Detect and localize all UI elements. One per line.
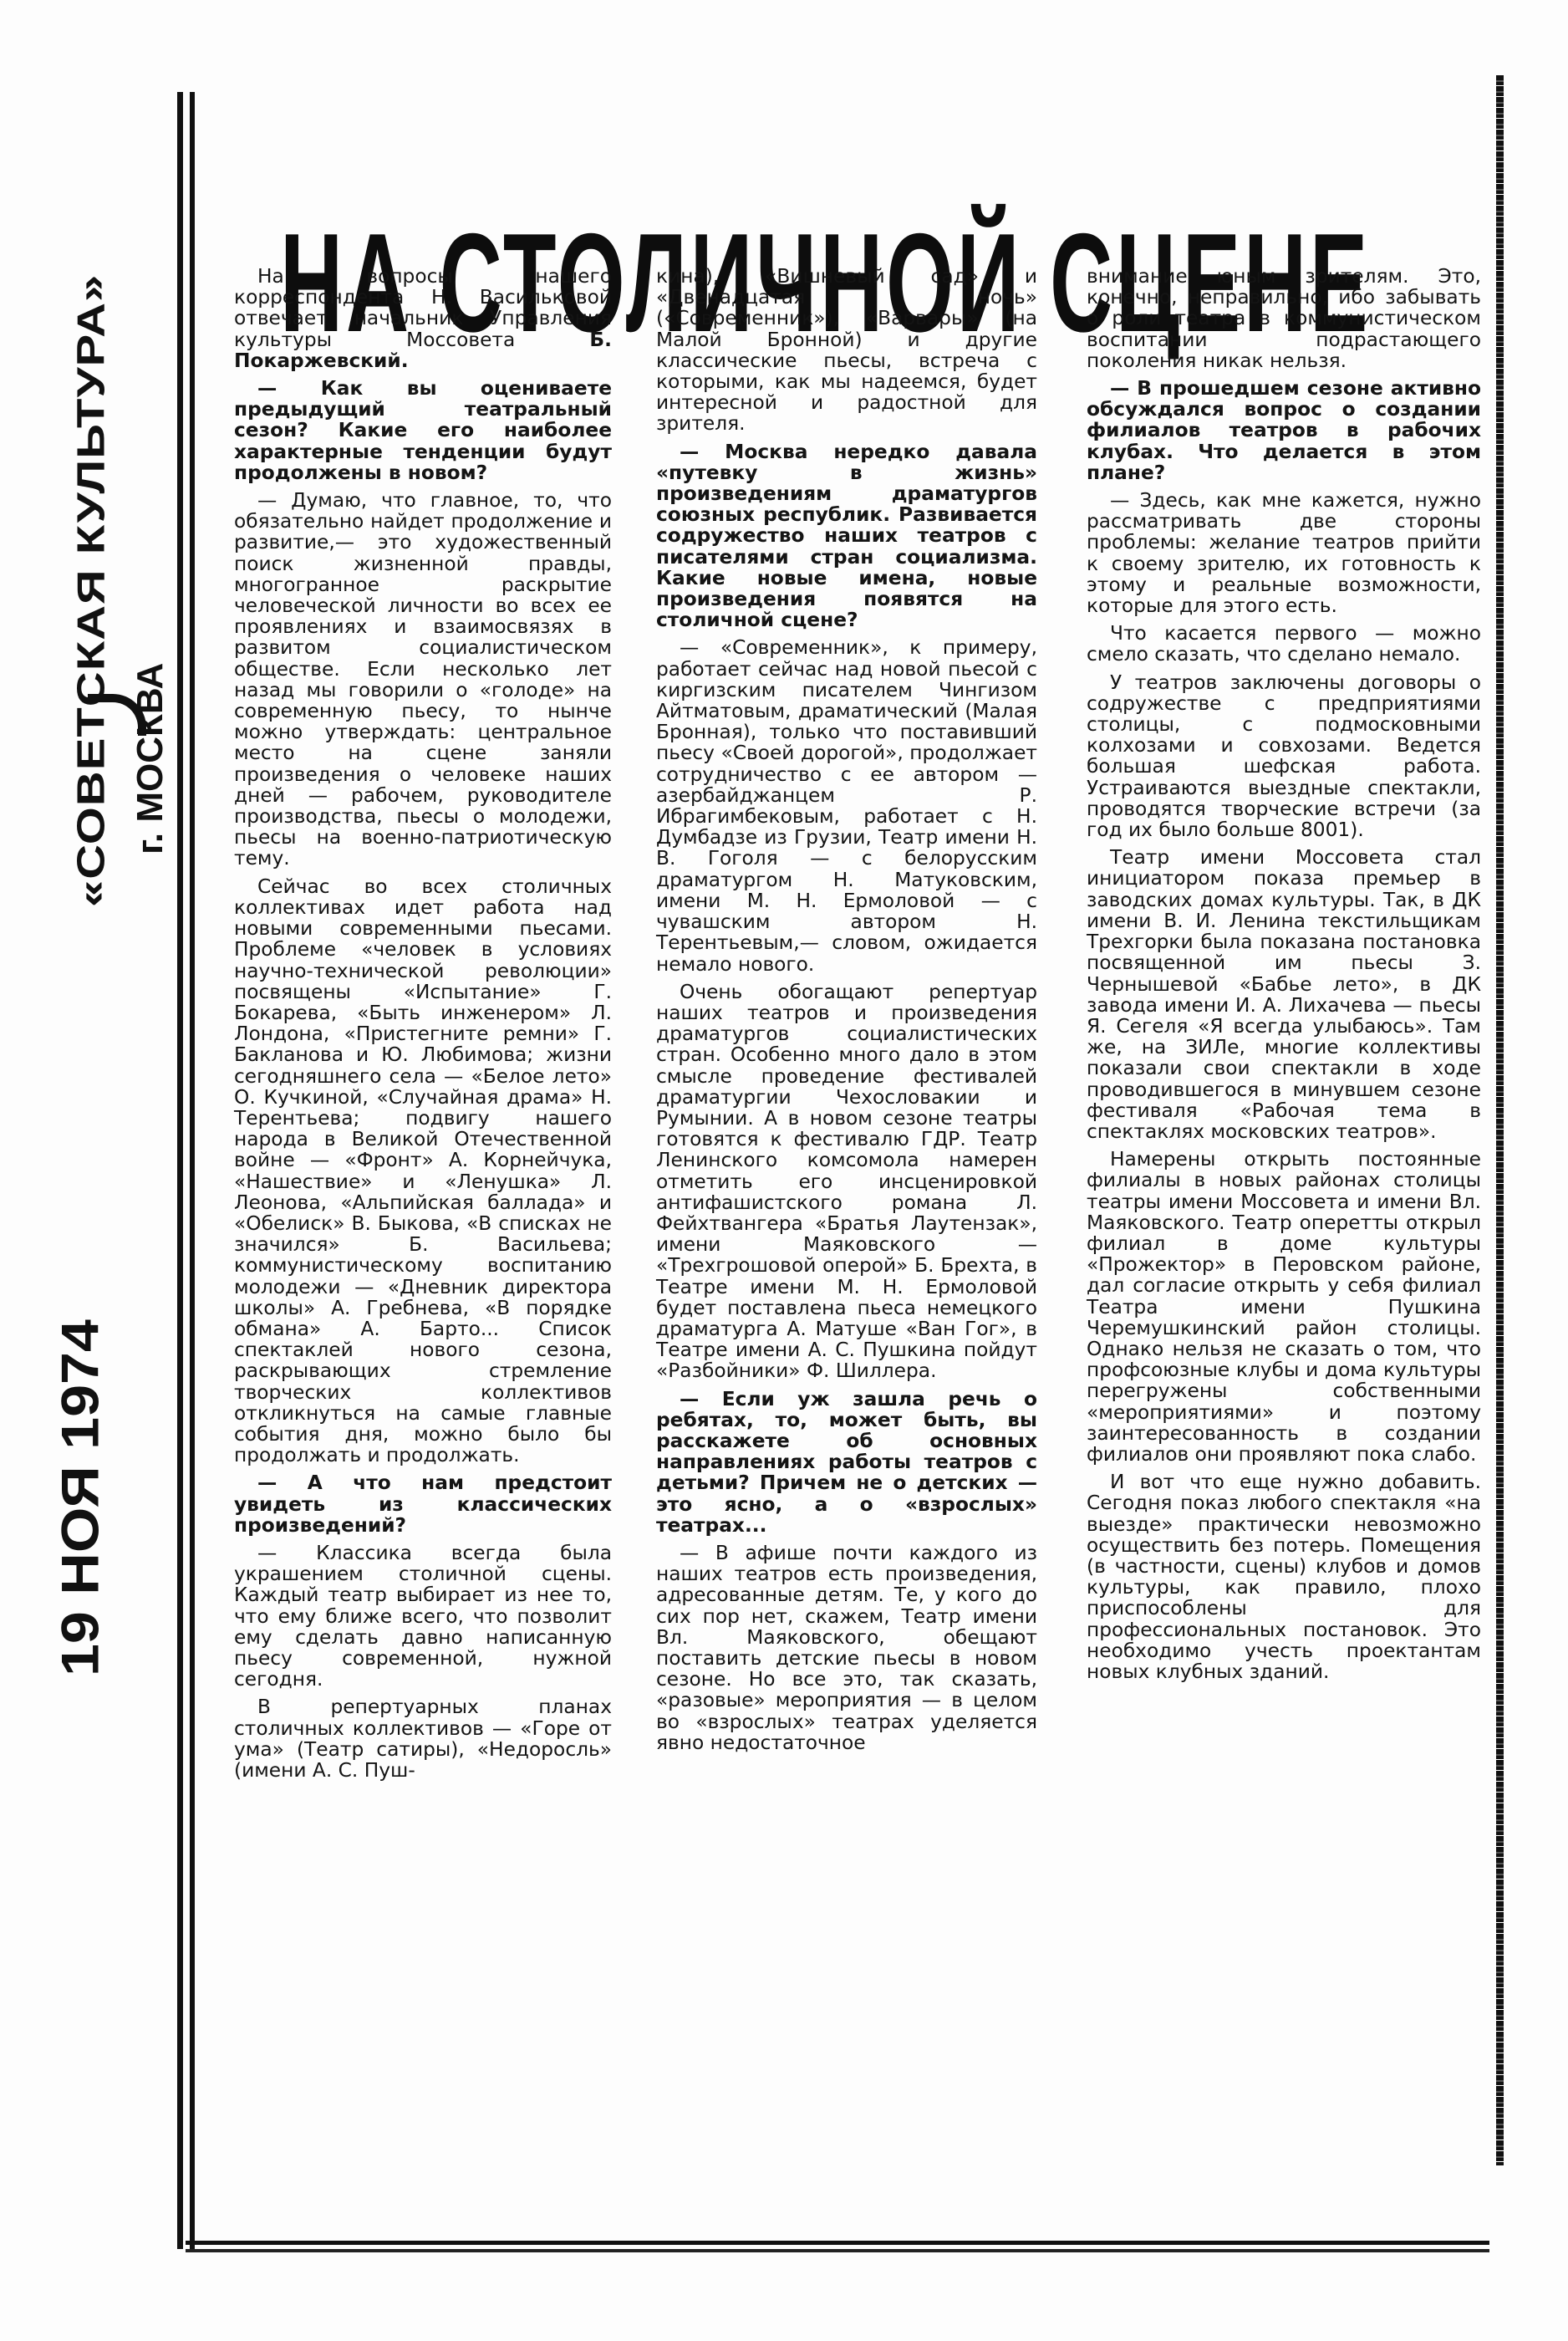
paragraph: В репертуарных планах столичных коллекти… bbox=[234, 1696, 612, 1781]
article-column-3: внимание юным зрителям. Это, конечно, не… bbox=[1087, 266, 1481, 1689]
paragraph: И вот что еще нужно добавить. Сегодня по… bbox=[1087, 1471, 1481, 1682]
answer-3: — «Современник», к примеру, работает сей… bbox=[656, 637, 1037, 974]
article-column-2: кина), «Вишневый сад» и «Двенадцатая ноч… bbox=[656, 266, 1037, 1760]
answer-2: — Классика всегда была украшением столич… bbox=[234, 1543, 612, 1690]
paragraph: Театр имени Моссовета стал инициатором п… bbox=[1087, 847, 1481, 1142]
paragraph: Сейчас во всех столичных коллективах иде… bbox=[234, 876, 612, 1466]
newspaper-name-stamp: «СОВЕТСКАЯ КУЛЬТУРА» bbox=[69, 274, 114, 907]
question-1: — Как вы оцениваете предыдущий театральн… bbox=[234, 378, 612, 483]
paragraph: Что касается первого — можно смело сказа… bbox=[1087, 623, 1481, 665]
answer-5: — Здесь, как мне кажется, нужно рассматр… bbox=[1087, 490, 1481, 616]
bottom-rule-2 bbox=[186, 2249, 1489, 2252]
question-3: — Москва нередко давала «путевку в жизнь… bbox=[656, 441, 1037, 631]
paragraph-continued: кина), «Вишневый сад» и «Двенадцатая ноч… bbox=[656, 266, 1037, 435]
bottom-rule-1 bbox=[186, 2241, 1489, 2245]
newspaper-clipping: «СОВЕТСКАЯ КУЛЬТУРА» г. МОСКВА 19 НОЯ 19… bbox=[0, 0, 1568, 2341]
intro-paragraph: На вопросы нашего корреспондента Н. Васи… bbox=[234, 266, 612, 371]
question-2: — А что нам предстоит увидеть из классич… bbox=[234, 1472, 612, 1536]
question-5: — В прошедшем сезоне активно обсуждался … bbox=[1087, 378, 1481, 483]
article-column-1: На вопросы нашего корреспондента Н. Васи… bbox=[234, 266, 612, 1788]
answer-1: — Думаю, что главное, то, что обязательн… bbox=[234, 490, 612, 870]
date-stamp: 19 НОЯ 1974 bbox=[50, 1319, 110, 1676]
left-double-rule-outer bbox=[177, 92, 183, 2249]
paragraph-continued: внимание юным зрителям. Это, конечно, не… bbox=[1087, 266, 1481, 371]
paragraph: У театров заключены договоры о содружест… bbox=[1087, 672, 1481, 841]
left-double-rule-inner bbox=[190, 92, 195, 2249]
paragraph: Очень обогащают репертуар наших театров … bbox=[656, 982, 1037, 1382]
answer-4: — В афише почти каждого из наших театров… bbox=[656, 1543, 1037, 1753]
question-4: — Если уж зашла речь о ребятах, то, може… bbox=[656, 1389, 1037, 1536]
right-perforated-rule bbox=[1496, 75, 1504, 2165]
city-stamp: г. МОСКВА bbox=[130, 663, 171, 854]
paragraph: Намерены открыть постоянные филиалы в но… bbox=[1087, 1149, 1481, 1465]
